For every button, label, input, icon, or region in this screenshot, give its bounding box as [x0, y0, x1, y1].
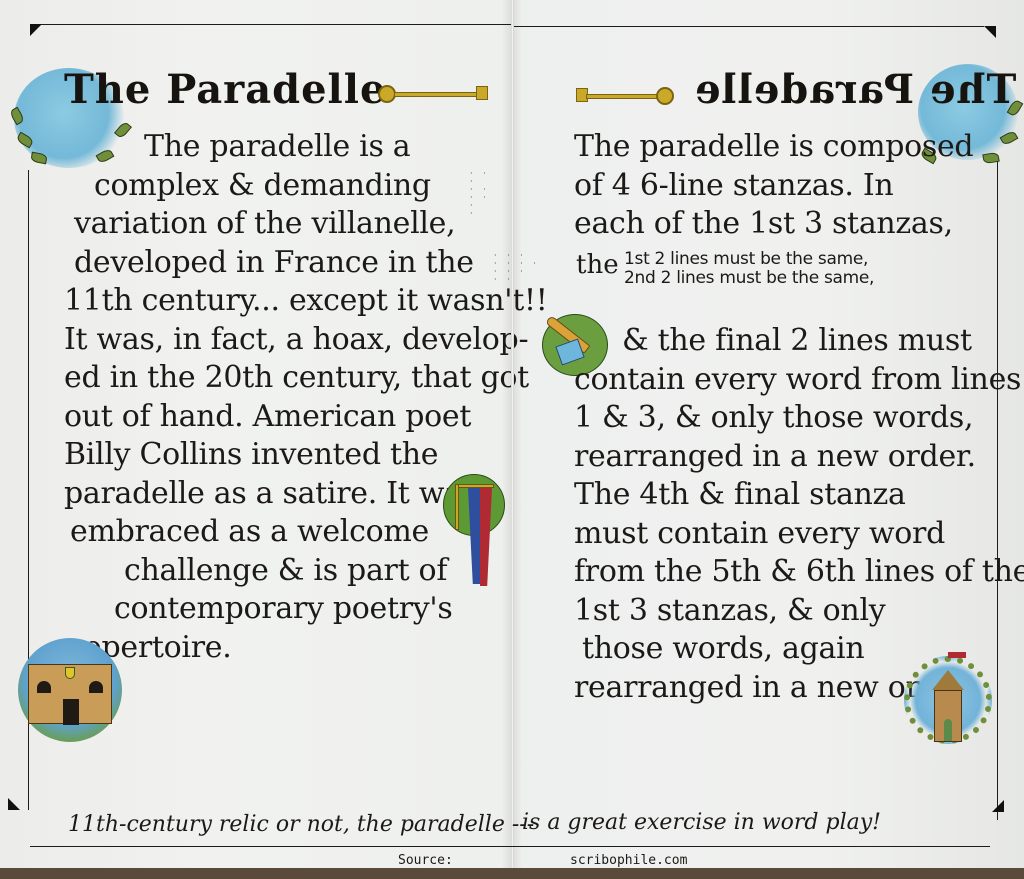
text-line: ed in the 20th century, that got — [64, 359, 548, 398]
left-page: The Paradelle The paradelle is a complex… — [0, 0, 511, 868]
text-line: The paradelle is composed — [574, 128, 973, 167]
small-lines: 1st 2 lines must be the same, 2nd 2 line… — [624, 250, 874, 288]
text-line: It was, in fact, a hoax, develop- — [64, 321, 548, 360]
text-line: contain every word from lines — [574, 361, 1024, 400]
text-line: each of the 1st 3 stanzas, — [574, 205, 973, 244]
small-lines-lead: the — [576, 250, 619, 280]
text-line: Billy Collins invented the — [64, 436, 548, 475]
text-line: developed in France in the — [64, 244, 548, 283]
tower-icon — [934, 690, 962, 742]
small-line: 1st 2 lines must be the same, — [624, 250, 874, 269]
border-top-left — [34, 24, 511, 25]
footer-right-text: is a great exercise in word play! — [522, 810, 881, 835]
corner-ornament-bottom-right — [992, 800, 1004, 812]
banner-pole-icon — [455, 484, 459, 530]
page-title: The Paradelle — [64, 70, 386, 110]
text-line: & the final 2 lines must — [574, 322, 1024, 361]
text-line: 11th century... except it wasn't!! — [64, 282, 548, 321]
text-line: of 4 6-line stanzas. In — [574, 167, 973, 206]
border-bottom — [30, 846, 990, 847]
text-line: out of hand. American poet — [64, 398, 548, 437]
text-line: repertoire. — [64, 629, 548, 668]
text-line: The 4th & final stanza — [574, 476, 1024, 515]
golden-key-mirrored-icon — [576, 90, 674, 104]
castle-icon — [28, 664, 112, 724]
table-surface — [0, 868, 1024, 879]
footer-left-text: 11th-century relic or not, the paradelle… — [68, 812, 534, 837]
text-line: must contain every word — [574, 515, 1024, 554]
source-label: Source: — [398, 853, 453, 868]
golden-key-icon — [378, 88, 490, 102]
tower-flag-icon — [948, 652, 966, 658]
small-line: 2nd 2 lines must be the same, — [624, 269, 874, 288]
greeting-card: The Paradelle The paradelle is a complex… — [0, 0, 1024, 879]
text-line: contemporary poetry's — [64, 590, 548, 629]
page-title-mirrored: The Paradelle — [694, 70, 1016, 110]
right-body-text-top: The paradelle is composed of 4 6-line st… — [574, 128, 973, 244]
text-line: 1st 3 stanzas, & only — [574, 592, 1024, 631]
text-line: The paradelle is a — [64, 128, 548, 167]
text-line: rearranged in a new order. — [574, 438, 1024, 477]
corner-ornament-top-right — [984, 26, 996, 38]
source-value: scribophile.com — [570, 853, 687, 868]
text-line: from the 5th & 6th lines of the — [574, 553, 1024, 592]
right-page: The Paradelle The paradelle is composed … — [514, 0, 1024, 868]
corner-ornament-top-left — [30, 24, 42, 36]
border-top-right — [514, 26, 984, 27]
banner-rod-icon — [458, 484, 494, 488]
dotted-flourish: · · · · · · ·· · · · · — [494, 252, 544, 284]
right-body-text-bottom: & the final 2 lines must contain every w… — [574, 322, 1024, 707]
corner-ornament-bottom-left — [8, 798, 20, 810]
dotted-flourish: · · ·· · · · ·· — [470, 170, 500, 218]
tower-roof-icon — [932, 670, 964, 690]
text-line: 1 & 3, & only those words, — [574, 399, 1024, 438]
